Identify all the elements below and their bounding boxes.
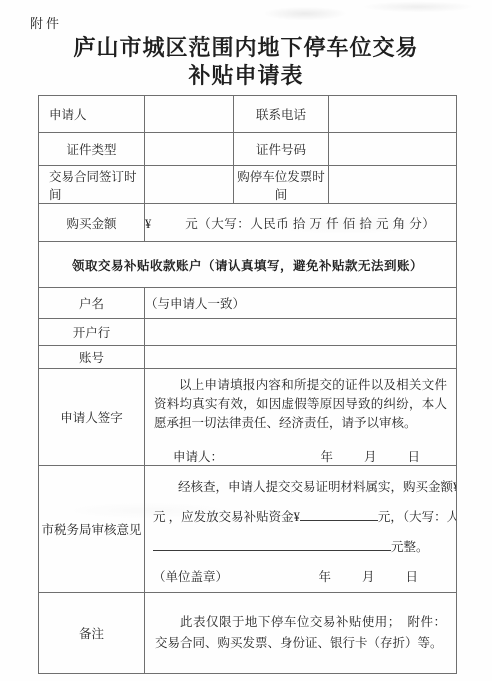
table-row: 证件类型 证件号码 — [39, 133, 457, 166]
id-type-input-cell — [145, 133, 234, 166]
table-row: 领取交易补贴收款账户（请认真填写，避免补贴款无法到账） — [39, 242, 457, 288]
bank-branch-input-cell — [145, 319, 457, 346]
applicant-input-cell — [145, 96, 234, 133]
page-title: 庐山市城区范围内地下停车位交易 补贴申请表 — [0, 34, 492, 90]
invoice-date-label: 购停车位发票时间 — [234, 166, 329, 204]
review-date-label: 年 月 日 — [318, 562, 420, 592]
table-row: 户名 （与申请人一致） — [39, 288, 457, 319]
form-title-line1: 庐山市城区范围内地下停车位交易 — [0, 34, 492, 62]
account-number-input-cell — [145, 346, 457, 369]
review-line-4: （单位盖章） 年 月 日 — [153, 562, 448, 592]
account-name-label: 户名 — [39, 288, 145, 319]
table-row: 市税务局审核意见 经核查，申请人提交交易证明材料属实，购买金额¥ 元 ，应发放交… — [39, 466, 457, 593]
table-row: 申请人 联系电话 — [39, 96, 457, 133]
currency-symbol: ¥ — [145, 217, 151, 231]
attachment-label: 附件 — [30, 13, 62, 32]
account-name-cell: （与申请人一致） — [145, 288, 457, 319]
review-line-3: 元整。 — [153, 532, 448, 562]
table-row: 开户行 — [39, 319, 457, 346]
tax-bureau-review-label: 市税务局审核意见 — [39, 466, 145, 593]
table-row: 购买金额 ¥元（大写：人民币 拾 万 仟 佰 拾 元 角 分） — [39, 204, 457, 242]
table-row: 交易合同签订时间 购停车位发票时间 — [39, 166, 457, 204]
signature-date-label: 年 月 日 — [320, 447, 422, 465]
bank-branch-label: 开户行 — [39, 319, 145, 346]
purchase-amount-label: 购买金额 — [39, 204, 145, 242]
phone-input-cell — [329, 96, 457, 133]
form-title-line2: 补贴申请表 — [0, 62, 492, 90]
table-row: 申请人签字 以上申请填报内容和所提交的证件以及相关文件资料均真实有效，如因虚假等… — [39, 369, 457, 466]
seal-label: （单位盖章） — [153, 562, 228, 592]
account-number-label: 账号 — [39, 346, 145, 369]
contract-date-label: 交易合同签订时间 — [39, 166, 145, 204]
words-blank-underline — [153, 538, 391, 551]
id-number-input-cell — [329, 133, 457, 166]
table-row: 账号 — [39, 346, 457, 369]
notes-label: 备注 — [39, 593, 145, 674]
id-number-label: 证件号码 — [234, 133, 329, 166]
table-row: 备注 此表仅限于地下停车位交易补贴使用； 附件：交易合同、购买发票、身份证、银行… — [39, 593, 457, 674]
signer-label: 申请人： — [173, 447, 223, 465]
applicant-signature-label: 申请人签字 — [39, 369, 145, 466]
review-cell: 经核查，申请人提交交易证明材料属实，购买金额¥ 元 ，应发放交易补贴资金¥元，（… — [145, 466, 457, 593]
bank-account-section-header: 领取交易补贴收款账户（请认真填写，避免补贴款无法到账） — [39, 242, 457, 288]
notes-text: 此表仅限于地下停车位交易补贴使用； 附件：交易合同、购买发票、身份证、银行卡（存… — [145, 612, 456, 654]
purchase-amount-cell: ¥元（大写：人民币 拾 万 仟 佰 拾 元 角 分） — [145, 204, 457, 242]
invoice-date-input-cell — [329, 166, 457, 204]
review-line-2: 元 ，应发放交易补贴资金¥元，（大写：人民币 — [153, 502, 448, 532]
review-line-1: 经核查，申请人提交交易证明材料属实，购买金额¥ — [153, 472, 448, 502]
amount-caption: 元（大写：人民币 拾 万 仟 佰 拾 元 角 分） — [185, 217, 435, 231]
applicant-label: 申请人 — [39, 96, 145, 133]
phone-label: 联系电话 — [234, 96, 329, 133]
declaration-text: 以上申请填报内容和所提交的证件以及相关文件资料均真实有效，如因虚假等原因导致的纠… — [145, 369, 456, 433]
notes-cell: 此表仅限于地下停车位交易补贴使用； 附件：交易合同、购买发票、身份证、银行卡（存… — [145, 593, 457, 674]
id-type-label: 证件类型 — [39, 133, 145, 166]
contract-date-input-cell — [145, 166, 234, 204]
application-table: 申请人 联系电话 证件类型 证件号码 交易合同签订时间 购停车位发票时间 购买金… — [38, 95, 457, 674]
subsidy-blank-underline — [300, 508, 378, 521]
signature-cell: 以上申请填报内容和所提交的证件以及相关文件资料均真实有效，如因虚假等原因导致的纠… — [145, 369, 457, 466]
